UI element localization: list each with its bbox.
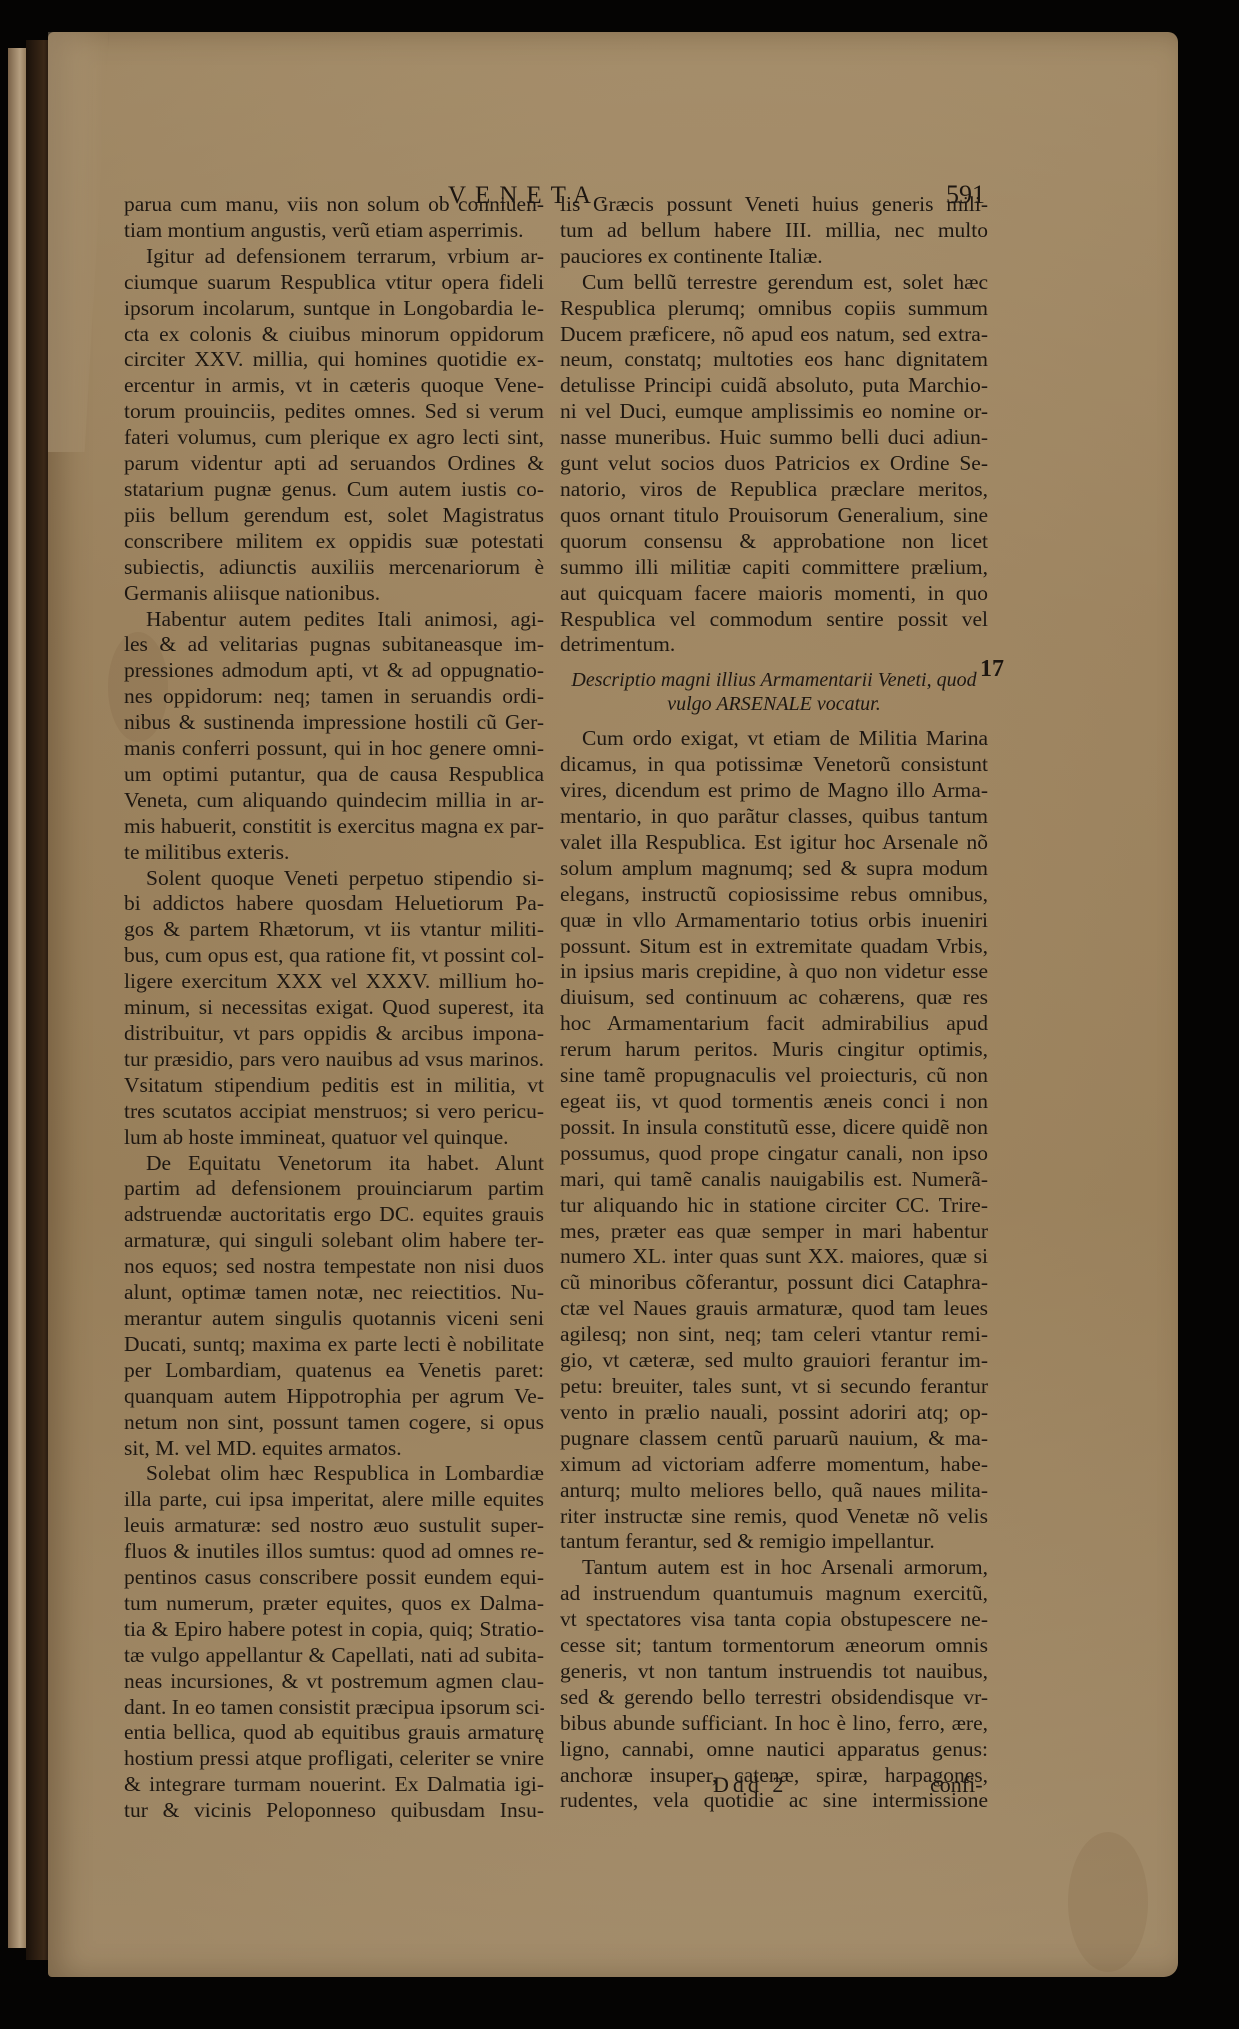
text-line: tur & vicinis Peloponneso quibusdam Insu…	[124, 1798, 544, 1824]
text-line: generis, vt non tantum instruendis tot n…	[560, 1659, 988, 1685]
text-line: Solent quoque Veneti perpetuo stipendio …	[124, 866, 544, 892]
text-line: Cum ordo exigat, vt etiam de Militia Mar…	[560, 726, 988, 752]
text-line: parum videntur apti ad seruandos Ordines…	[124, 451, 544, 477]
text-line: tantum ferantur, sed & remigio impellant…	[560, 1529, 988, 1555]
text-line: mentario, in quo parãtur classes, quibus…	[560, 804, 988, 830]
text-line: quæ in vllo Armamentario totius orbis in…	[560, 908, 988, 934]
text-line: tæ vulgo appellantur & Capellati, nati a…	[124, 1643, 544, 1669]
text-line: bibus abunde sufficiant. In hoc è lino, …	[560, 1711, 988, 1737]
text-line: pressiones admodum apti, vt & ad oppugna…	[124, 658, 544, 684]
text-line: ipsorum incolarum, suntque in Longobardi…	[124, 296, 544, 322]
text-line: egeat iis, vt quod tormentis æneis conci…	[560, 1089, 988, 1115]
text-line: leuis armaturæ: sed nostro æuo sustulit …	[124, 1513, 544, 1539]
text-line: subiectis, adiunctis auxiliis mercenario…	[124, 555, 544, 581]
text-line: alunt, optimæ tamen notæ, nec reiectitio…	[124, 1280, 544, 1306]
heading-line: Descriptio magni illius Armamentarii Ven…	[560, 668, 988, 692]
text-line: cta ex colonis & ciuibus minorum oppidor…	[124, 322, 544, 348]
text-line: quanquam autem Hippotrophia per agrum Ve…	[124, 1384, 544, 1410]
catchword: confi-	[930, 1772, 983, 1798]
text-line: Germanis aliisque nationibus.	[124, 581, 544, 607]
text-line: partim ad defensionem prouinciarum parti…	[124, 1176, 544, 1202]
book-page: VENETA. 591 parua cum manu, viis non sol…	[48, 32, 1178, 1977]
margin-note-number: 17	[980, 656, 1004, 683]
text-line: um optimi putantur, qua de causa Respubl…	[124, 762, 544, 788]
text-line: tres scutatos accipiat menstruos; si ver…	[124, 1099, 544, 1125]
text-line: entia bellica, quod ab equitibus grauis …	[124, 1720, 544, 1746]
text-line: tum ad bellum habere III. millia, nec mu…	[560, 218, 988, 244]
text-line: bus, cum opus est, qua ratione fit, vt p…	[124, 943, 544, 969]
text-line: ligno, cannabi, omne nautici apparatus g…	[560, 1737, 988, 1763]
text-line: ligere exercitum XXX vel XXXV. millium h…	[124, 969, 544, 995]
text-line: Veneta, cum aliquando quindecim millia i…	[124, 788, 544, 814]
text-line: minum, si necessitas exigat. Quod supere…	[124, 995, 544, 1021]
text-line: possit. In insula constitutũ esse, dicer…	[560, 1115, 988, 1141]
text-line: in ipsius maris crepidine, à quo non vid…	[560, 959, 988, 985]
text-line: adstruendæ auctoritatis ergo DC. equites…	[124, 1202, 544, 1228]
text-line: statarium pugnæ genus. Cum autem iustis …	[124, 477, 544, 503]
text-line: rerum harum peritos. Muris cingitur opti…	[560, 1037, 988, 1063]
section-heading: Descriptio magni illius Armamentarii Ven…	[560, 668, 988, 716]
text-line: torum prouinciis, pedites omnes. Sed si …	[124, 399, 544, 425]
text-line: tia & Epiro habere potest in copia, quiq…	[124, 1617, 544, 1643]
text-line: netum non sint, possunt tamen cogere, si…	[124, 1410, 544, 1436]
text-line: sed & gerendo bello terrestri obsidendis…	[560, 1685, 988, 1711]
text-line: sit, M. vel MD. equites armatos.	[124, 1436, 544, 1462]
text-line: agilesq; non sint, neq; tam celeri vtant…	[560, 1322, 988, 1348]
text-line: ciumque suarum Respublica vtitur opera f…	[124, 270, 544, 296]
text-line: Ducem præficere, nõ apud eos natum, sed …	[560, 322, 988, 348]
text-line: Respublica vel commodum sentire possit v…	[560, 607, 988, 633]
text-line: fateri volumus, cum plerique ex agro lec…	[124, 425, 544, 451]
text-line: circiter XXV. millia, qui homines quotid…	[124, 347, 544, 373]
text-line: Habentur autem pedites Itali animosi, ag…	[124, 607, 544, 633]
text-line: illa parte, cui ipsa imperitat, alere mi…	[124, 1487, 544, 1513]
text-line: Respublica plerumq; omnibus copiis summu…	[560, 296, 988, 322]
text-line: & integrare turmam nouerint. Ex Dalmatia…	[124, 1772, 544, 1798]
text-line: mis habuerit, constitit is exercitus mag…	[124, 814, 544, 840]
heading-line: vulgo ARSENALE vocatur.	[560, 692, 988, 716]
text-line: les & ad velitarias pugnas subitaneasque…	[124, 632, 544, 658]
text-line: piis bellum gerendum est, solet Magistra…	[124, 503, 544, 529]
text-line: Tantum autem est in hoc Arsenali armorum…	[560, 1555, 988, 1581]
text-line: fluos & inutiles illos sumtus: quod ad o…	[124, 1539, 544, 1565]
text-line: De Equitatu Venetorum ita habet. Alunt	[124, 1151, 544, 1177]
text-line: nibus & sustinenda impressione hostili c…	[124, 710, 544, 736]
text-line: riter instructæ sine remis, quod Venetæ …	[560, 1504, 988, 1530]
text-line: natorio, viros de Republica præclare mer…	[560, 477, 988, 503]
text-line: Ducati, suntq; maxima ex parte lecti è n…	[124, 1332, 544, 1358]
text-line: dant. In eo tamen consistit præcipua ips…	[124, 1695, 544, 1721]
text-line: pauciores ex continente Italiæ.	[560, 244, 988, 270]
text-line: possunt. Situm est in extremitate quadam…	[560, 934, 988, 960]
text-line: pentinos casus conscribere possit eundem…	[124, 1565, 544, 1591]
text-line: gunt velut socios duos Patricios ex Ordi…	[560, 451, 988, 477]
text-line: neas incursiones, & vt postremum agmen c…	[124, 1669, 544, 1695]
text-line: possumus, quod prope cingatur canali, no…	[560, 1141, 988, 1167]
text-line: armaturæ, qui singuli solebant olim habe…	[124, 1228, 544, 1254]
text-line: vires, dicendum est primo de Magno illo …	[560, 778, 988, 804]
text-line: Igitur ad defensionem terrarum, vrbium a…	[124, 244, 544, 270]
text-line: tiam montium angustis, verũ etiam asperr…	[124, 218, 544, 244]
text-line: Solebat olim hæc Respublica in Lombardiæ	[124, 1461, 544, 1487]
text-line: manis conferri possunt, qui in hoc gener…	[124, 736, 544, 762]
right-column: lis Græcis possunt Veneti huius generis …	[560, 192, 988, 1814]
text-line: dicamus, in qua potissimæ Venetorũ consi…	[560, 752, 988, 778]
text-line: merantur autem singulis quotannis viceni…	[124, 1306, 544, 1332]
text-line: Vsitatum stipendium peditis est in milit…	[124, 1073, 544, 1099]
text-line: aut quicquam facere maioris momenti, in …	[560, 581, 988, 607]
text-line: summo illi militiæ capiti committere præ…	[560, 555, 988, 581]
text-line: cũ minoribus cõferantur, possunt dici Ca…	[560, 1270, 988, 1296]
text-line: Cum bellũ terrestre gerendum est, solet …	[560, 270, 988, 296]
text-line: tur præsidio, pars vero nauibus ad vsus …	[124, 1047, 544, 1073]
text-line: nes oppidorum: neq; tamen in seruandis o…	[124, 684, 544, 710]
text-line: detulisse Principi cuidã absoluto, puta …	[560, 373, 988, 399]
text-line: numero XL. inter quas sunt XX. maiores, …	[560, 1244, 988, 1270]
text-line: parua cum manu, viis non solum ob conniu…	[124, 192, 544, 218]
page-corner-fold	[48, 32, 109, 452]
text-line: elegans, instructũ copiosissime rebus om…	[560, 882, 988, 908]
previous-page-edge	[8, 48, 28, 1948]
text-line: ximum ad victoriam adferre momentum, hab…	[560, 1452, 988, 1478]
text-line: tum numerum, præter equites, quos ex Dal…	[124, 1591, 544, 1617]
text-line: lum ab hoste immineat, quatuor vel quinq…	[124, 1125, 544, 1151]
right-column-text-bottom: Cum ordo exigat, vt etiam de Militia Mar…	[560, 726, 988, 1814]
text-line: cesse sit; tantum tormentorum æneorum om…	[560, 1633, 988, 1659]
text-line: distribuitur, vt pars oppidis & arcibus …	[124, 1021, 544, 1047]
text-line: nasse muneribus. Huic summo belli duci a…	[560, 425, 988, 451]
text-line: mari, qui tamẽ canalis nauigabilis est. …	[560, 1167, 988, 1193]
text-line: hostium pressi atque profligati, celerit…	[124, 1746, 544, 1772]
text-line: bi addictos habere quosdam Heluetiorum P…	[124, 891, 544, 917]
right-column-text-top: lis Græcis possunt Veneti huius generis …	[560, 192, 988, 658]
text-line: solum amplum magnumq; sed & supra modum	[560, 856, 988, 882]
signature-mark: Ddd 2	[713, 1772, 787, 1798]
text-line: diuisum, sed continuum ac cohærens, quæ …	[560, 985, 988, 1011]
text-line: petu: breuiter, tales sunt, vt si secund…	[560, 1374, 988, 1400]
paper-stain	[1068, 1832, 1148, 1972]
text-line: per Lombardiam, quatenus ea Venetis pare…	[124, 1358, 544, 1384]
text-line: anturq; multo meliores bello, quã naues …	[560, 1478, 988, 1504]
text-line: neum, constatq; multoties eos hanc digni…	[560, 347, 988, 373]
text-line: lis Græcis possunt Veneti huius generis …	[560, 192, 988, 218]
text-line: detrimentum.	[560, 632, 988, 658]
text-line: valet illa Respublica. Est igitur hoc Ar…	[560, 830, 988, 856]
text-line: ad instruendum quantumuis magnum exercit…	[560, 1581, 988, 1607]
text-line: te militibus exteris.	[124, 840, 544, 866]
text-line: quos ornant titulo Prouisorum Generalium…	[560, 503, 988, 529]
text-line: pugnare classem centũ paruarũ nauium, & …	[560, 1426, 988, 1452]
text-line: tur aliquando hic in statione circiter C…	[560, 1193, 988, 1219]
text-line: vento in prælio nauali, possint adoriri …	[560, 1400, 988, 1426]
text-line: conscribere militem ex oppidis suæ potes…	[124, 529, 544, 555]
text-line: gio, vt cæteræ, sed multo grauiori feran…	[560, 1348, 988, 1374]
text-line: ni vel Duci, eumque amplissimis eo nomin…	[560, 399, 988, 425]
text-line: vt spectatores visa tanta copia obstupes…	[560, 1607, 988, 1633]
left-column: parua cum manu, viis non solum ob conniu…	[124, 192, 544, 1824]
text-line: ctæ vel Naues grauis armaturæ, quod tam …	[560, 1296, 988, 1322]
text-line: gos & partem Rhætorum, vt iis vtantur mi…	[124, 917, 544, 943]
text-line: sine tamẽ propugnaculis vel proiecturis,…	[560, 1063, 988, 1089]
text-line: hoc Armamentarium facit admirabilius apu…	[560, 1011, 988, 1037]
text-line: ercentur in armis, vt in cæteris quoque …	[124, 373, 544, 399]
text-line: mes, præter eas quæ semper in mari haben…	[560, 1219, 988, 1245]
text-line: nos equos; sed nostra tempestate non nis…	[124, 1254, 544, 1280]
text-line: quorum consensu & approbatione non licet	[560, 529, 988, 555]
